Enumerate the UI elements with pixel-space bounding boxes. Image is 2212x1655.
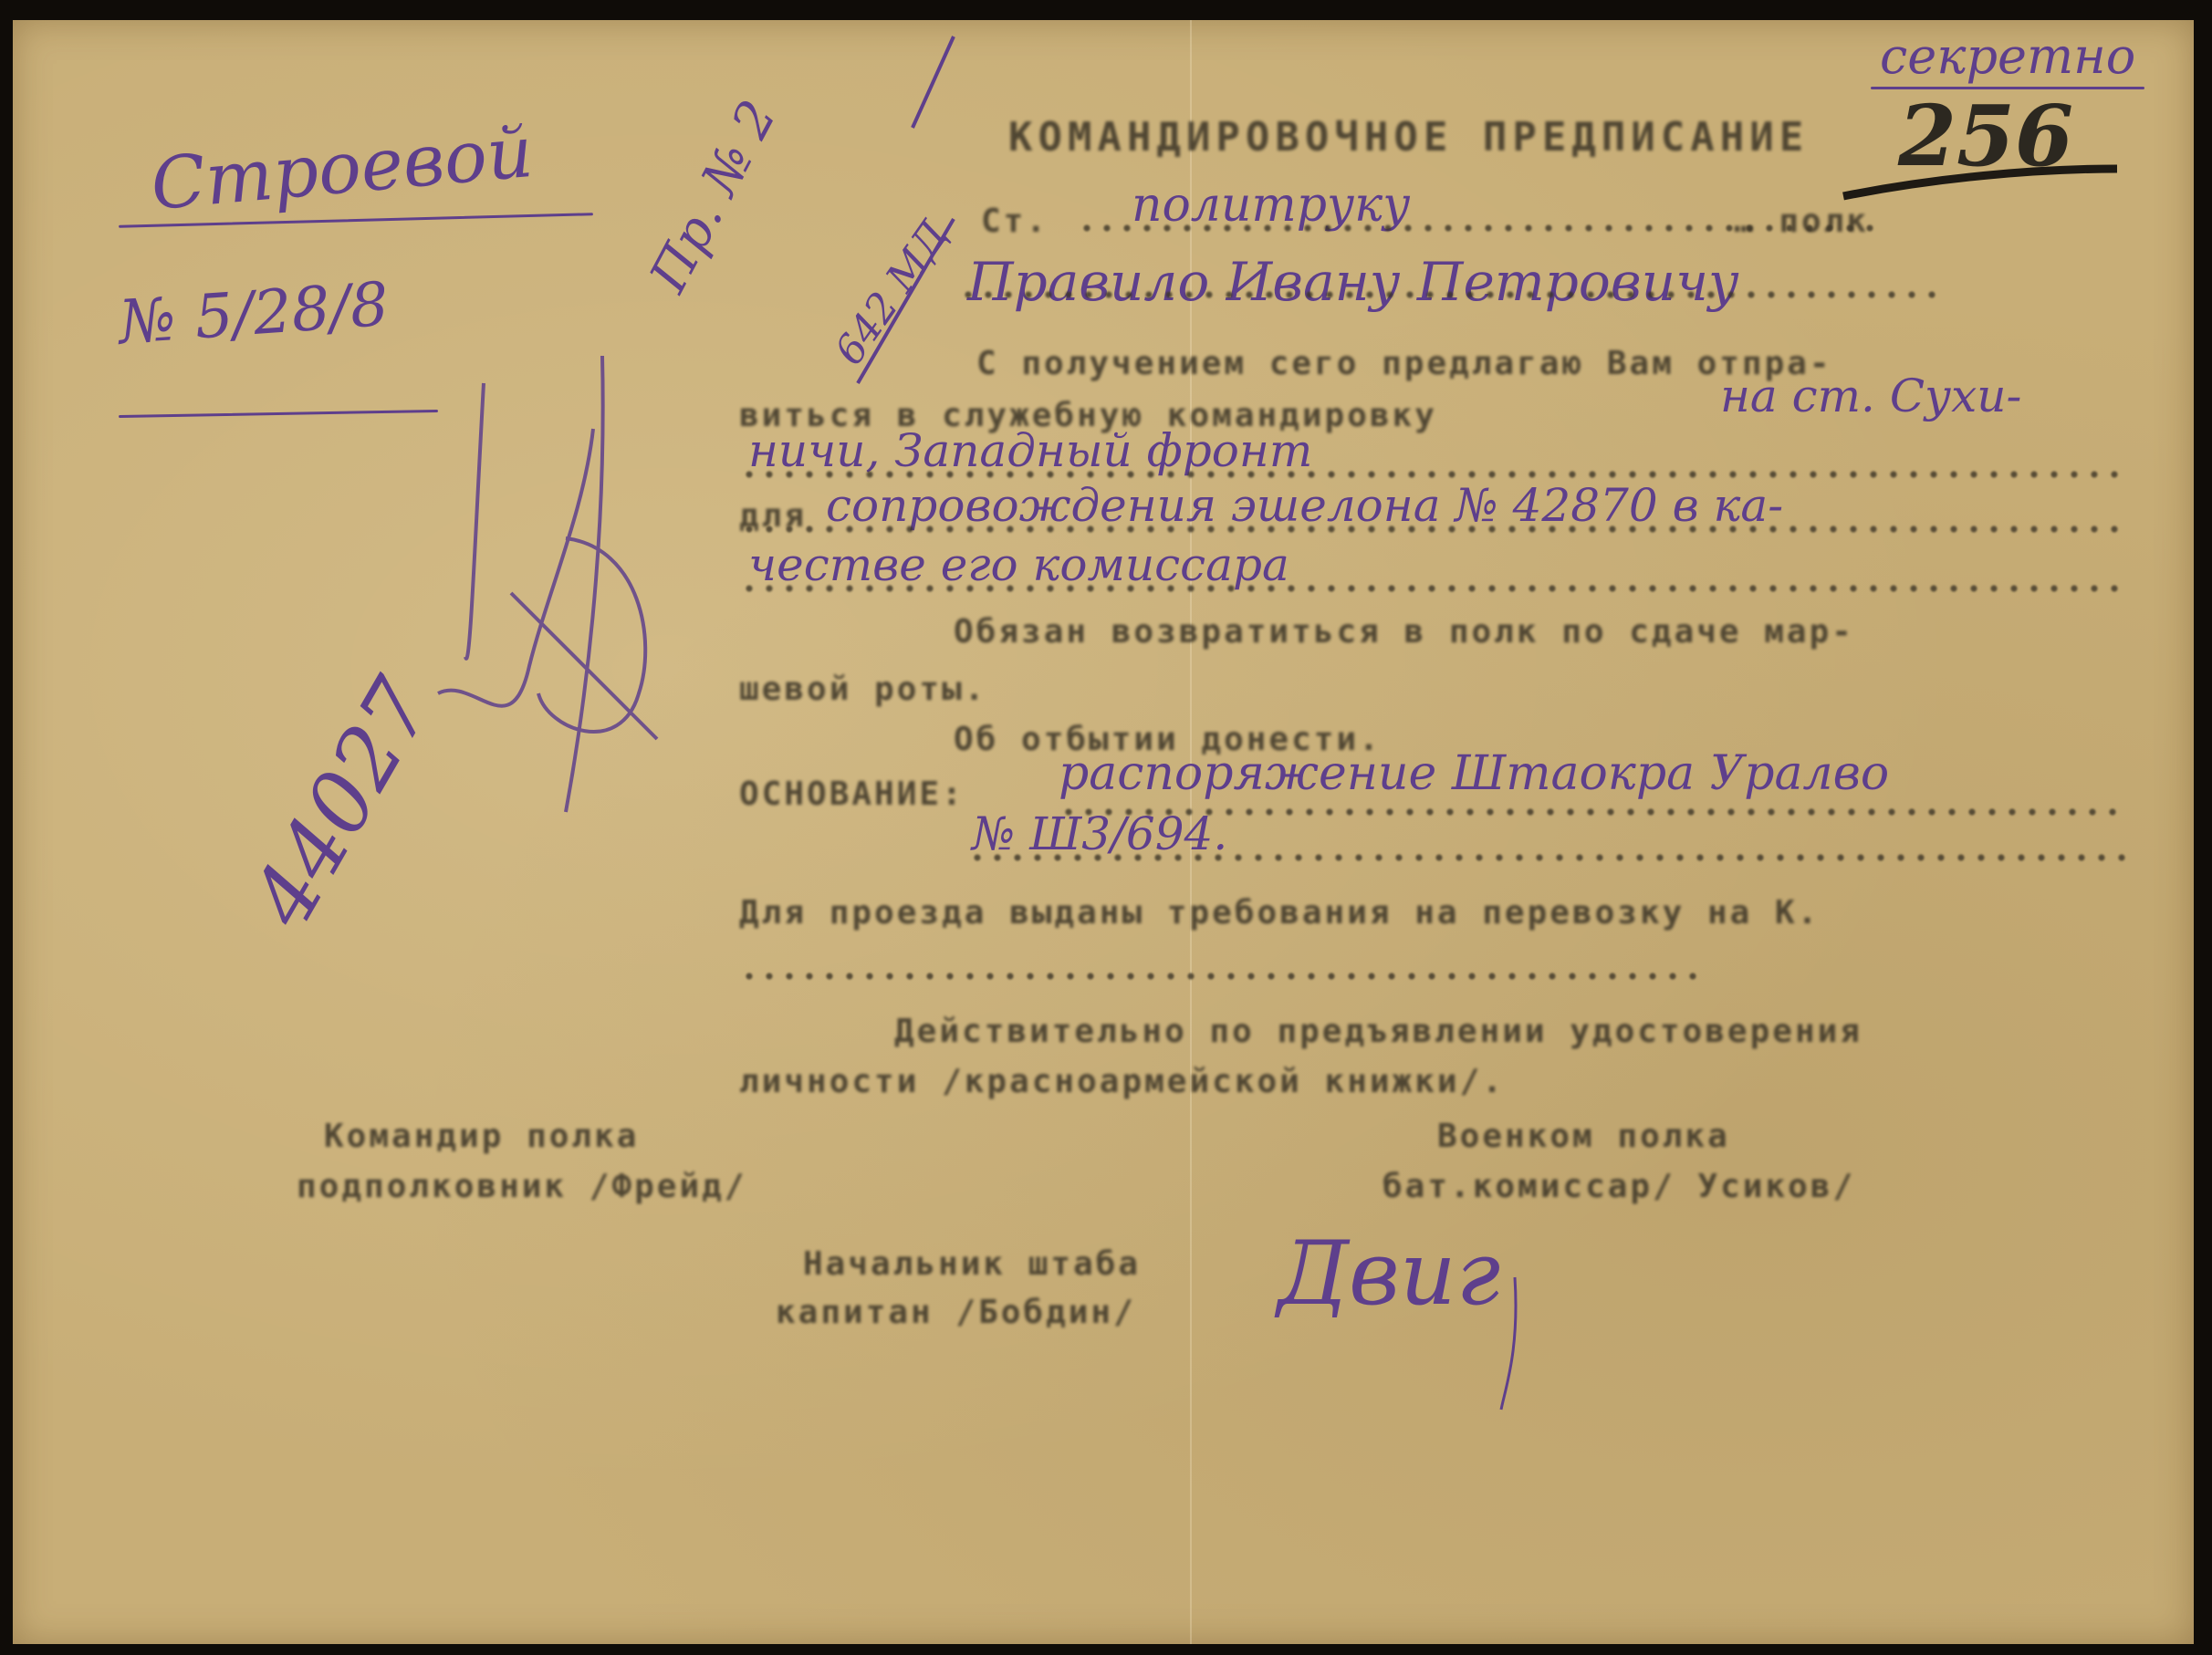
signature-tail (0, 0, 2212, 1655)
